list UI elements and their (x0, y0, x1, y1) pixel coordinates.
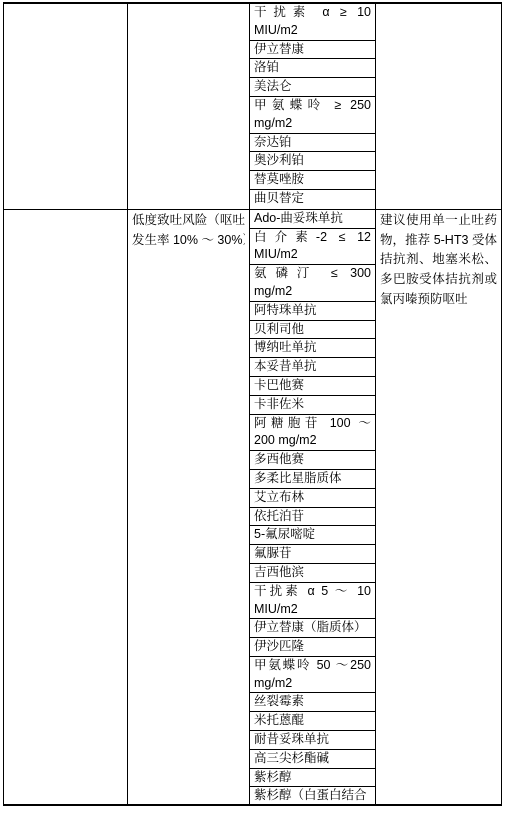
drug-cell: 氨磷汀 ≤ 300mg/m2 (250, 265, 375, 302)
drug-cell: 博纳吐单抗 (250, 339, 375, 358)
drug-cell: 伊立替康（脂质体） (250, 619, 375, 638)
drug-name-line: 依托泊苷 (254, 508, 371, 526)
drug-cell: 奈达铂 (250, 134, 375, 153)
drug-name-line: 伊沙匹隆 (254, 638, 371, 656)
drug-cell: 阿特珠单抗 (250, 302, 375, 321)
empty-left-cell (4, 4, 128, 209)
drug-name-line: 白介素-2 ≤ 12 (254, 229, 371, 247)
drug-name-line: 氨磷汀 ≤ 300 (254, 265, 371, 283)
drug-name-line: mg/m2 (254, 675, 371, 693)
drug-name-line: MIU/m2 (254, 22, 371, 40)
document-page: 干扰素 α ≥ 10MIU/m2伊立替康洛铂美法仑甲氨蝶呤 ≥ 250mg/m2… (0, 0, 506, 813)
drug-name-line: mg/m2 (254, 283, 371, 301)
risk-category-cell: 低度致吐风险（呕吐发生率 10% ～ 30%） (128, 210, 250, 806)
drug-name-line: 多柔比星脂质体 (254, 470, 371, 488)
drug-cell: 紫杉醇 (250, 769, 375, 788)
recommendation-line: 多巴胺受体拮抗剂或 (380, 270, 497, 290)
drug-name-line: 丝裂霉素 (254, 693, 371, 711)
drug-name-line: 干扰素 α ≥ 10 (254, 4, 371, 22)
drug-cell: 吉西他滨 (250, 564, 375, 583)
drug-cell: 替莫唑胺 (250, 171, 375, 190)
drug-list-column: 干扰素 α ≥ 10MIU/m2伊立替康洛铂美法仑甲氨蝶呤 ≥ 250mg/m2… (250, 4, 376, 209)
drug-cell: 高三尖杉酯碱 (250, 750, 375, 769)
drug-cell: 干扰素 α 5 ～ 10MIU/m2 (250, 583, 375, 620)
drug-name-line: 阿糖胞苷 100 ～ (254, 415, 371, 433)
drug-name-line: 替莫唑胺 (254, 171, 371, 189)
drug-name-line: 甲氨蝶呤 ≥ 250 (254, 97, 371, 115)
drug-name-line: 干扰素 α 5 ～ 10 (254, 583, 371, 601)
drug-cell: 卡非佐米 (250, 396, 375, 415)
drug-list-column: Ado-曲妥珠单抗白介素-2 ≤ 12MIU/m2氨磷汀 ≤ 300mg/m2阿… (250, 210, 376, 806)
drug-name-line: 博纳吐单抗 (254, 339, 371, 357)
drug-cell: 米托蒽醌 (250, 712, 375, 731)
drug-cell: Ado-曲妥珠单抗 (250, 210, 375, 229)
drug-name-line: 本妥昔单抗 (254, 358, 371, 376)
drug-name-line: 米托蒽醌 (254, 712, 371, 730)
drug-name-line: 伊立替康 (254, 41, 371, 59)
drug-cell: 艾立布林 (250, 489, 375, 508)
recommendation-line: 拮抗剂、地塞米松、 (380, 250, 497, 270)
recommendation-line: 建议使用单一止吐药 (380, 211, 497, 231)
drug-cell: 丝裂霉素 (250, 693, 375, 712)
drug-cell: 甲氨蝶呤 ≥ 250mg/m2 (250, 97, 375, 134)
drug-name-line: 吉西他滨 (254, 564, 371, 582)
drug-name-line: 奈达铂 (254, 134, 371, 152)
drug-cell: 依托泊苷 (250, 508, 375, 527)
recommendation-cell (376, 4, 502, 209)
drug-name-line: Ado-曲妥珠单抗 (254, 210, 371, 228)
drug-name-line: 艾立布林 (254, 489, 371, 507)
emetic-risk-table: 干扰素 α ≥ 10MIU/m2伊立替康洛铂美法仑甲氨蝶呤 ≥ 250mg/m2… (3, 2, 502, 806)
drug-cell: 耐昔妥珠单抗 (250, 731, 375, 750)
recommendation-cell: 建议使用单一止吐药物，推荐 5-HT3 受体拮抗剂、地塞米松、多巴胺受体拮抗剂或… (376, 210, 502, 806)
drug-name-line: 卡非佐米 (254, 396, 371, 414)
risk-group-row: 低度致吐风险（呕吐发生率 10% ～ 30%）Ado-曲妥珠单抗白介素-2 ≤ … (4, 210, 502, 806)
drug-cell: 洛铂 (250, 59, 375, 78)
drug-cell: 阿糖胞苷 100 ～200 mg/m2 (250, 415, 375, 452)
drug-name-line: 多西他赛 (254, 451, 371, 469)
drug-name-line: mg/m2 (254, 115, 371, 133)
drug-cell: 伊立替康 (250, 41, 375, 60)
drug-name-line: 洛铂 (254, 59, 371, 77)
drug-cell: 白介素-2 ≤ 12MIU/m2 (250, 229, 375, 266)
drug-name-line: 美法仑 (254, 78, 371, 96)
drug-name-line: 伊立替康（脂质体） (254, 619, 371, 637)
drug-cell: 氟脲苷 (250, 545, 375, 564)
drug-name-line: 卡巴他赛 (254, 377, 371, 395)
drug-cell: 多柔比星脂质体 (250, 470, 375, 489)
drug-cell: 本妥昔单抗 (250, 358, 375, 377)
drug-name-line: MIU/m2 (254, 601, 371, 619)
risk-category-line: 发生率 10% ～ 30%） (132, 231, 245, 251)
risk-category-line: 低度致吐风险（呕吐 (132, 211, 245, 231)
drug-name-line: 200 mg/m2 (254, 432, 371, 450)
recommendation-line: 氯丙嗪预防呕吐 (380, 290, 497, 310)
drug-cell: 干扰素 α ≥ 10MIU/m2 (250, 4, 375, 41)
drug-name-line: 甲氨蝶呤 50 ～250 (254, 657, 371, 675)
drug-cell: 5-氟尿嘧啶 (250, 526, 375, 545)
drug-name-line: 曲贝替定 (254, 190, 371, 208)
drug-cell: 甲氨蝶呤 50 ～250mg/m2 (250, 657, 375, 694)
recommendation-line: 物，推荐 5-HT3 受体 (380, 231, 497, 251)
risk-group-row: 干扰素 α ≥ 10MIU/m2伊立替康洛铂美法仑甲氨蝶呤 ≥ 250mg/m2… (4, 4, 502, 210)
drug-name-line: 奥沙利铂 (254, 152, 371, 170)
drug-name-line: 耐昔妥珠单抗 (254, 731, 371, 749)
drug-name-line: 5-氟尿嘧啶 (254, 526, 371, 544)
drug-name-line: MIU/m2 (254, 246, 371, 264)
drug-name-line: 贝利司他 (254, 321, 371, 339)
drug-name-line: 紫杉醇（白蛋白结合 (254, 787, 371, 805)
drug-name-line: 阿特珠单抗 (254, 302, 371, 320)
drug-name-line: 紫杉醇 (254, 769, 371, 787)
drug-cell: 美法仑 (250, 78, 375, 97)
drug-cell: 卡巴他赛 (250, 377, 375, 396)
drug-cell: 奥沙利铂 (250, 152, 375, 171)
drug-name-line: 氟脲苷 (254, 545, 371, 563)
drug-name-line: 高三尖杉酯碱 (254, 750, 371, 768)
drug-cell: 贝利司他 (250, 321, 375, 340)
empty-left-cell (4, 210, 128, 806)
drug-cell: 紫杉醇（白蛋白结合 (250, 787, 375, 806)
drug-cell: 伊沙匹隆 (250, 638, 375, 657)
drug-cell: 曲贝替定 (250, 190, 375, 209)
risk-category-cell (128, 4, 250, 209)
drug-cell: 多西他赛 (250, 451, 375, 470)
